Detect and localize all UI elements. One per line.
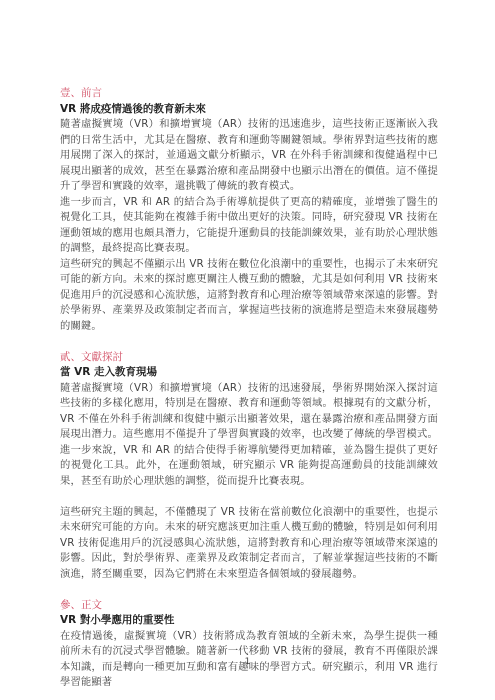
section-subheading: VR 將成疫情過後的教育新未來 (60, 102, 438, 118)
page-number: 1 (0, 657, 495, 667)
paragraph: 這些研究主題的興起，不僅體現了 VR 技術在當前數位化浪潮中的重要性，也提示未來… (60, 505, 438, 583)
section-subheading: 當 VR 走入教育現場 (60, 365, 438, 381)
paragraph: 隨著虛擬實境（VR）和擴增實境（AR）技術的迅速進步，這些技術正逐漸嵌入我們的日… (60, 117, 438, 195)
section-heading-introduction: 壹、前言 (60, 86, 438, 102)
section-heading-main-body: 參、正文 (60, 598, 438, 614)
paragraph: 進一步而言，VR 和 AR 的結合為手術導航提供了更高的精確度，並增強了醫生的視… (60, 195, 438, 257)
spacer (60, 489, 438, 505)
paragraph: 這些研究的興起不僅顯示出 VR 技術在數位化浪潮中的重要性，也揭示了未來研究可能… (60, 257, 438, 335)
document-page: 壹、前言 VR 將成疫情過後的教育新未來 隨著虛擬實境（VR）和擴增實境（AR）… (60, 86, 438, 691)
section-heading-literature-review: 貳、文獻探討 (60, 350, 438, 366)
spacer (60, 334, 438, 350)
section-subheading: VR 對小學應用的重要性 (60, 613, 438, 629)
spacer (60, 582, 438, 598)
paragraph: 隨著虛擬實境（VR）和擴增實境（AR）技術的迅速發展，學術界開始深入探討這些技術… (60, 381, 438, 490)
